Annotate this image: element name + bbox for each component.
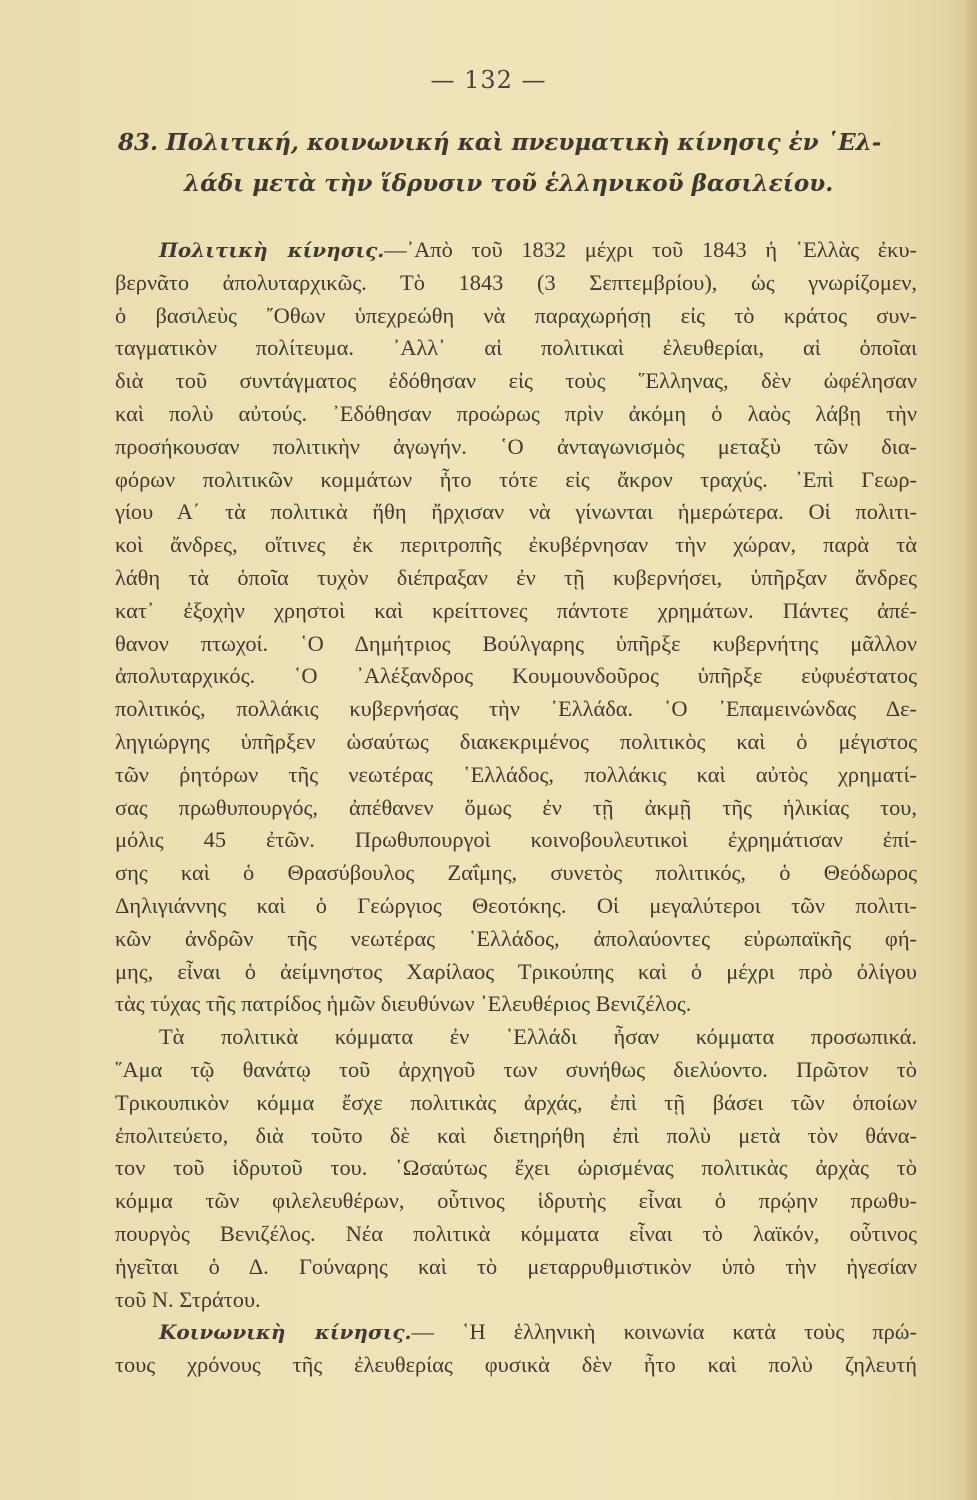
page-edge-shadow bbox=[963, 0, 977, 1500]
section-number: 83. bbox=[118, 129, 158, 156]
run-in-heading-political: Πολιτικὴ κίνησις. bbox=[159, 238, 384, 262]
text-line: Κοινωνικὴ κίνησις.— ῾Η ἑλληνικὴ κοινωνία… bbox=[115, 1316, 917, 1349]
text-line: τον τοῦ ἱδρυτοῦ του. ῾Ωσαύτως ἔχει ὡρισμ… bbox=[115, 1152, 917, 1185]
text-line: Τὰ πολιτικὰ κόμματα ἐν ῾Ελλάδι ἦσαν κόμμ… bbox=[115, 1021, 917, 1054]
text-line: τους χρόνους τῆς ἐλευθερίας φυσικὰ δὲν ἦ… bbox=[115, 1349, 917, 1382]
run-in-heading-social: Κοινωνικὴ κίνησις. bbox=[159, 1320, 412, 1344]
heading-line-1: Πολιτική, κοινωνική καὶ πνευματικὴ κίνησ… bbox=[166, 129, 881, 156]
text-line: ταγματικὸν πολίτευμα. ᾿Αλλ᾿ αἱ πολιτικαὶ… bbox=[115, 332, 917, 365]
page-number: — 132 — bbox=[0, 66, 977, 94]
section-heading: 83. Πολιτική, κοινωνική καὶ πνευματικὴ κ… bbox=[118, 122, 918, 204]
text-line: ληγιώργης ὑπῆρξεν ὡσαύτως διακεκριμένος … bbox=[115, 726, 917, 759]
text-line: τῶν ῥητόρων τῆς νεωτέρας ῾Ελλάδος, πολλά… bbox=[115, 759, 917, 792]
text-line: σης καὶ ὁ Θρασύβουλος Ζαΐμης, συνετὸς πο… bbox=[115, 857, 917, 890]
body-text: Πολιτικὴ κίνησις.—᾿Απὸ τοῦ 1832 μέχρι το… bbox=[115, 234, 917, 1382]
text-line: πουργὸς Βενιζέλος. Νέα πολιτικὰ κόμματα … bbox=[115, 1218, 917, 1251]
text-line: φόρων πολιτικῶν κομμάτων ἦτο τότε εἰς ἄκ… bbox=[115, 464, 917, 497]
text-line: μης, εἶναι ὁ ἀείμνηστος Χαρίλαος Τρικούπ… bbox=[115, 956, 917, 989]
text-line: πολιτικός, πολλάκις κυβερνήσας τὴν ῾Ελλά… bbox=[115, 693, 917, 726]
text-line: Δηλιγιάννης καὶ ὁ Γεώργιος Θεοτόκης. Οἱ … bbox=[115, 890, 917, 923]
text-line: ῞Αμα τῷ θανάτῳ τοῦ ἀρχηγοῦ των συνήθως δ… bbox=[115, 1054, 917, 1087]
text-line: κῶν ἀνδρῶν τῆς νεωτέρας ῾Ελλάδος, ἀπολαύ… bbox=[115, 923, 917, 956]
text-line: διὰ τοῦ συντάγματος ἐδόθησαν εἰς τοὺς ῞Ε… bbox=[115, 365, 917, 398]
text-line: Τρικουπικὸν κόμμα ἔσχε πολιτικὰς ἀρχάς, … bbox=[115, 1087, 917, 1120]
heading-line-2: λάδι μετὰ τὴν ἵδρυσιν τοῦ ἑλληνικοῦ βασι… bbox=[118, 163, 918, 204]
text-line: προσήκουσαν πολιτικὴν ἀγωγήν. ῾Ο ἀνταγων… bbox=[115, 431, 917, 464]
text-line: γίου Α΄ τὰ πολιτικὰ ἤθη ἤρχισαν νὰ γίνων… bbox=[115, 496, 917, 529]
text-line: κατ᾿ ἐξοχὴν χρηστοὶ καὶ κρείττονες πάντο… bbox=[115, 595, 917, 628]
text-line: θανον πτωχοί. ῾Ο Δημήτριος Βούλγαρης ὑπῆ… bbox=[115, 628, 917, 661]
text-line: βερνᾶτο ἀπολυταρχικῶς. Τὸ 1843 (3 Σεπτεμ… bbox=[115, 267, 917, 300]
text-line: ἀπολυταρχικός. ῾Ο ᾿Αλέξανδρος Κουμουνδοῦ… bbox=[115, 660, 917, 693]
text-line: λάθη τὰ ὁποῖα τυχὸν διέπραξαν ἐν τῇ κυβε… bbox=[115, 562, 917, 595]
text-line: τὰς τύχας τῆς πατρίδος ἡμῶν διευθύνων ᾿Ε… bbox=[115, 988, 917, 1021]
text-line: κοὶ ἄνδρες, οἵτινες ἐκ περιτροπῆς ἐκυβέρ… bbox=[115, 529, 917, 562]
text-line: μόλις 45 ἐτῶν. Πρωθυπουργοὶ κοινοβουλευτ… bbox=[115, 824, 917, 857]
text-line: καὶ πολὺ αὐτούς. ᾿Εδόθησαν προώρως πρὶν … bbox=[115, 398, 917, 431]
book-page: — 132 — 83. Πολιτική, κοινωνική καὶ πνευ… bbox=[0, 0, 977, 1500]
text-line: σας πρωθυπουργός, ἀπέθανεν ὅμως ἐν τῇ ἀκ… bbox=[115, 792, 917, 825]
text-line: Πολιτικὴ κίνησις.—᾿Απὸ τοῦ 1832 μέχρι το… bbox=[115, 234, 917, 267]
text-line: κόμμα τῶν φιλελευθέρων, οὗτινος ἱδρυτὴς … bbox=[115, 1185, 917, 1218]
text-line: ὁ βασιλεὺς ῎Οθων ὑπεχρεώθη νὰ παραχωρήσῃ… bbox=[115, 300, 917, 333]
text-line: ἐπολιτεύετο, διὰ τοῦτο δὲ καὶ διετηρήθη … bbox=[115, 1120, 917, 1153]
text-line: ἡγεῖται ὁ Δ. Γούναρης καὶ τὸ μεταρρυθμισ… bbox=[115, 1251, 917, 1284]
text-line: τοῦ Ν. Στράτου. bbox=[115, 1284, 917, 1317]
